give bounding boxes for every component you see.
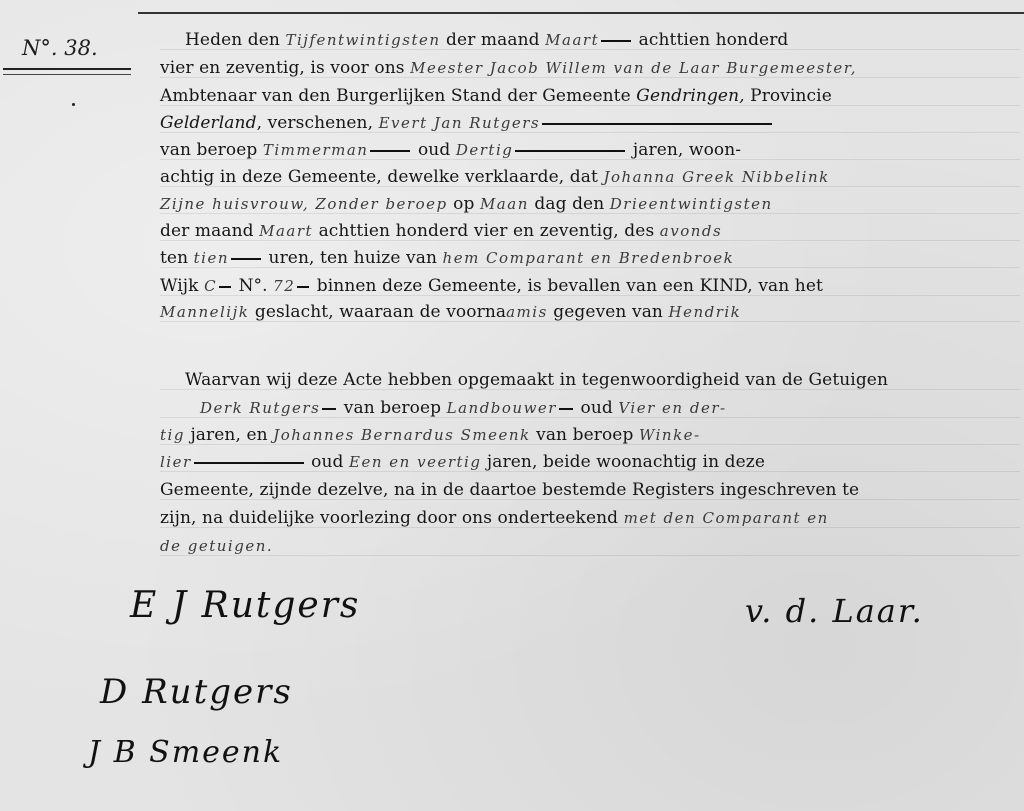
printed-text: vier en zeventig, is voor ons <box>160 58 410 78</box>
document-page: N°. 38. Heden den Tijfentwintigsten der … <box>0 0 1024 811</box>
printed-text: uren, ten huize van <box>263 248 443 268</box>
handwritten-entry: hem Comparant en Bredenbroek <box>443 249 735 267</box>
printed-italic: Gendringen, <box>636 86 744 106</box>
margin-dot <box>72 103 75 106</box>
printed-text: oud <box>306 452 349 472</box>
printed-text: Provincie <box>745 86 832 106</box>
handwritten-entry: Zijne huisvrouw, Zonder beroep <box>160 195 448 213</box>
printed-text: dag den <box>529 194 610 214</box>
handwritten-entry: tien <box>194 249 229 267</box>
text-line: Derk Rutgers van beroep Landbouwer oud V… <box>200 398 1024 418</box>
handwritten-entry: Derk Rutgers <box>200 399 320 417</box>
fill-line <box>219 286 231 288</box>
handwritten-entry: amis <box>506 303 548 321</box>
printed-text: jaren, en <box>185 425 273 445</box>
handwritten-entry: de getuigen. <box>160 537 273 555</box>
printed-text: oud <box>575 398 618 418</box>
text-line: vier en zeventig, is voor ons Meester Ja… <box>160 58 1020 78</box>
printed-text: , verschenen, <box>257 113 379 133</box>
fill-line <box>515 150 625 152</box>
fill-line <box>231 258 261 260</box>
printed-text: binnen deze Gemeente, is bevallen van ee… <box>311 276 823 296</box>
handwritten-entry: Een en veertig <box>349 453 481 471</box>
fill-line <box>601 40 631 42</box>
handwritten-entry: Dertig <box>456 141 514 159</box>
printed-text: van beroep <box>338 398 446 418</box>
text-line: lier oud Een en veertig jaren, beide woo… <box>160 452 1020 472</box>
fill-line <box>194 462 304 464</box>
printed-text: zijn, na duidelijke voorlezing door ons … <box>160 508 624 528</box>
handwritten-entry: Meester Jacob Willem van de Laar Burgeme… <box>410 59 857 77</box>
printed-text: achttien honderd vier en zeventig, des <box>313 221 660 241</box>
printed-text: jaren, woon- <box>627 140 741 160</box>
printed-italic: Gelderland <box>160 113 257 133</box>
handwritten-entry: Johanna Greek Nibbelink <box>603 168 829 186</box>
text-line: Heden den Tijfentwintigsten der maand Ma… <box>185 30 1024 50</box>
signature-witness-2: J B Smeenk <box>88 735 283 770</box>
text-line: achtig in deze Gemeente, dewelke verklaa… <box>160 167 1020 187</box>
signature-official: v. d. Laar. <box>745 592 924 630</box>
handwritten-entry: Evert Jan Rutgers <box>379 114 540 132</box>
text-line: van beroep Timmerman oud Dertig jaren, w… <box>160 140 1020 160</box>
fill-line <box>297 286 309 288</box>
printed-text: der maand <box>441 30 546 50</box>
text-line: Gemeente, zijnde dezelve, na in de daart… <box>160 480 1020 500</box>
fill-line <box>559 408 573 410</box>
printed-text: N°. <box>233 276 273 296</box>
handwritten-entry: Maan <box>480 195 529 213</box>
printed-text: der maand <box>160 221 259 241</box>
text-line: Zijne huisvrouw, Zonder beroep op Maan d… <box>160 194 1020 214</box>
act-number-underline <box>3 68 131 75</box>
fill-line <box>370 150 410 152</box>
printed-text: oud <box>412 140 455 160</box>
handwritten-entry: Drieentwintigsten <box>610 195 773 213</box>
handwritten-entry: Tijfentwintigsten <box>285 31 440 49</box>
printed-text: Heden den <box>185 30 285 50</box>
signature-witness-1: D Rutgers <box>100 672 293 712</box>
handwritten-entry: Timmerman <box>263 141 369 159</box>
handwritten-entry: met den Comparant en <box>624 509 829 527</box>
handwritten-entry: 72 <box>273 277 295 295</box>
text-line: zijn, na duidelijke voorlezing door ons … <box>160 508 1020 528</box>
handwritten-entry: Maart <box>545 31 599 49</box>
text-line: ten tien uren, ten huize van hem Compara… <box>160 248 1020 268</box>
handwritten-entry: Mannelijk <box>160 303 249 321</box>
printed-text: van beroep <box>531 425 639 445</box>
printed-text: op <box>448 194 480 214</box>
printed-text: Ambtenaar van den Burgerlijken Stand der… <box>160 86 636 106</box>
handwritten-entry: Landbouwer <box>447 399 557 417</box>
text-line: Gelderland, verschenen, Evert Jan Rutger… <box>160 113 1020 133</box>
printed-text: ten <box>160 248 194 268</box>
printed-text: Waarvan wij deze Acte hebben opgemaakt i… <box>185 370 888 390</box>
printed-text: Wijk <box>160 276 204 296</box>
printed-text: jaren, beide woonachtig in deze <box>481 452 765 472</box>
fill-line <box>322 408 336 410</box>
text-line: de getuigen. <box>160 536 1020 556</box>
printed-text: achttien honderd <box>633 30 788 50</box>
text-line: Wijk C N°. 72 binnen deze Gemeente, is b… <box>160 276 1020 296</box>
top-rule <box>138 12 1024 14</box>
fill-line <box>542 123 772 125</box>
printed-text: geslacht, waaraan de voorna <box>249 302 506 322</box>
printed-text: Gemeente, zijnde dezelve, na in de daart… <box>160 480 859 500</box>
printed-text: van beroep <box>160 140 263 160</box>
text-line: der maand Maart achttien honderd vier en… <box>160 221 1020 241</box>
text-line: Waarvan wij deze Acte hebben opgemaakt i… <box>185 370 1024 390</box>
act-number: N°. 38. <box>22 36 98 60</box>
text-line: Ambtenaar van den Burgerlijken Stand der… <box>160 86 1020 106</box>
handwritten-entry: Winke- <box>639 426 701 444</box>
handwritten-entry: Johannes Bernardus Smeenk <box>273 426 530 444</box>
handwritten-entry: C <box>204 277 217 295</box>
handwritten-entry: Hendrik <box>668 303 741 321</box>
handwritten-entry: Vier en der- <box>618 399 726 417</box>
signature-father: E J Rutgers <box>130 585 360 626</box>
printed-text: gegeven van <box>548 302 669 322</box>
handwritten-entry: Maart <box>259 222 313 240</box>
handwritten-entry: avonds <box>660 222 722 240</box>
printed-text: achtig in deze Gemeente, dewelke verklaa… <box>160 167 603 187</box>
handwritten-entry: tig <box>160 426 185 444</box>
handwritten-entry: lier <box>160 453 192 471</box>
text-line: tig jaren, en Johannes Bernardus Smeenk … <box>160 425 1020 445</box>
text-line: Mannelijk geslacht, waaraan de voornaami… <box>160 302 1020 322</box>
